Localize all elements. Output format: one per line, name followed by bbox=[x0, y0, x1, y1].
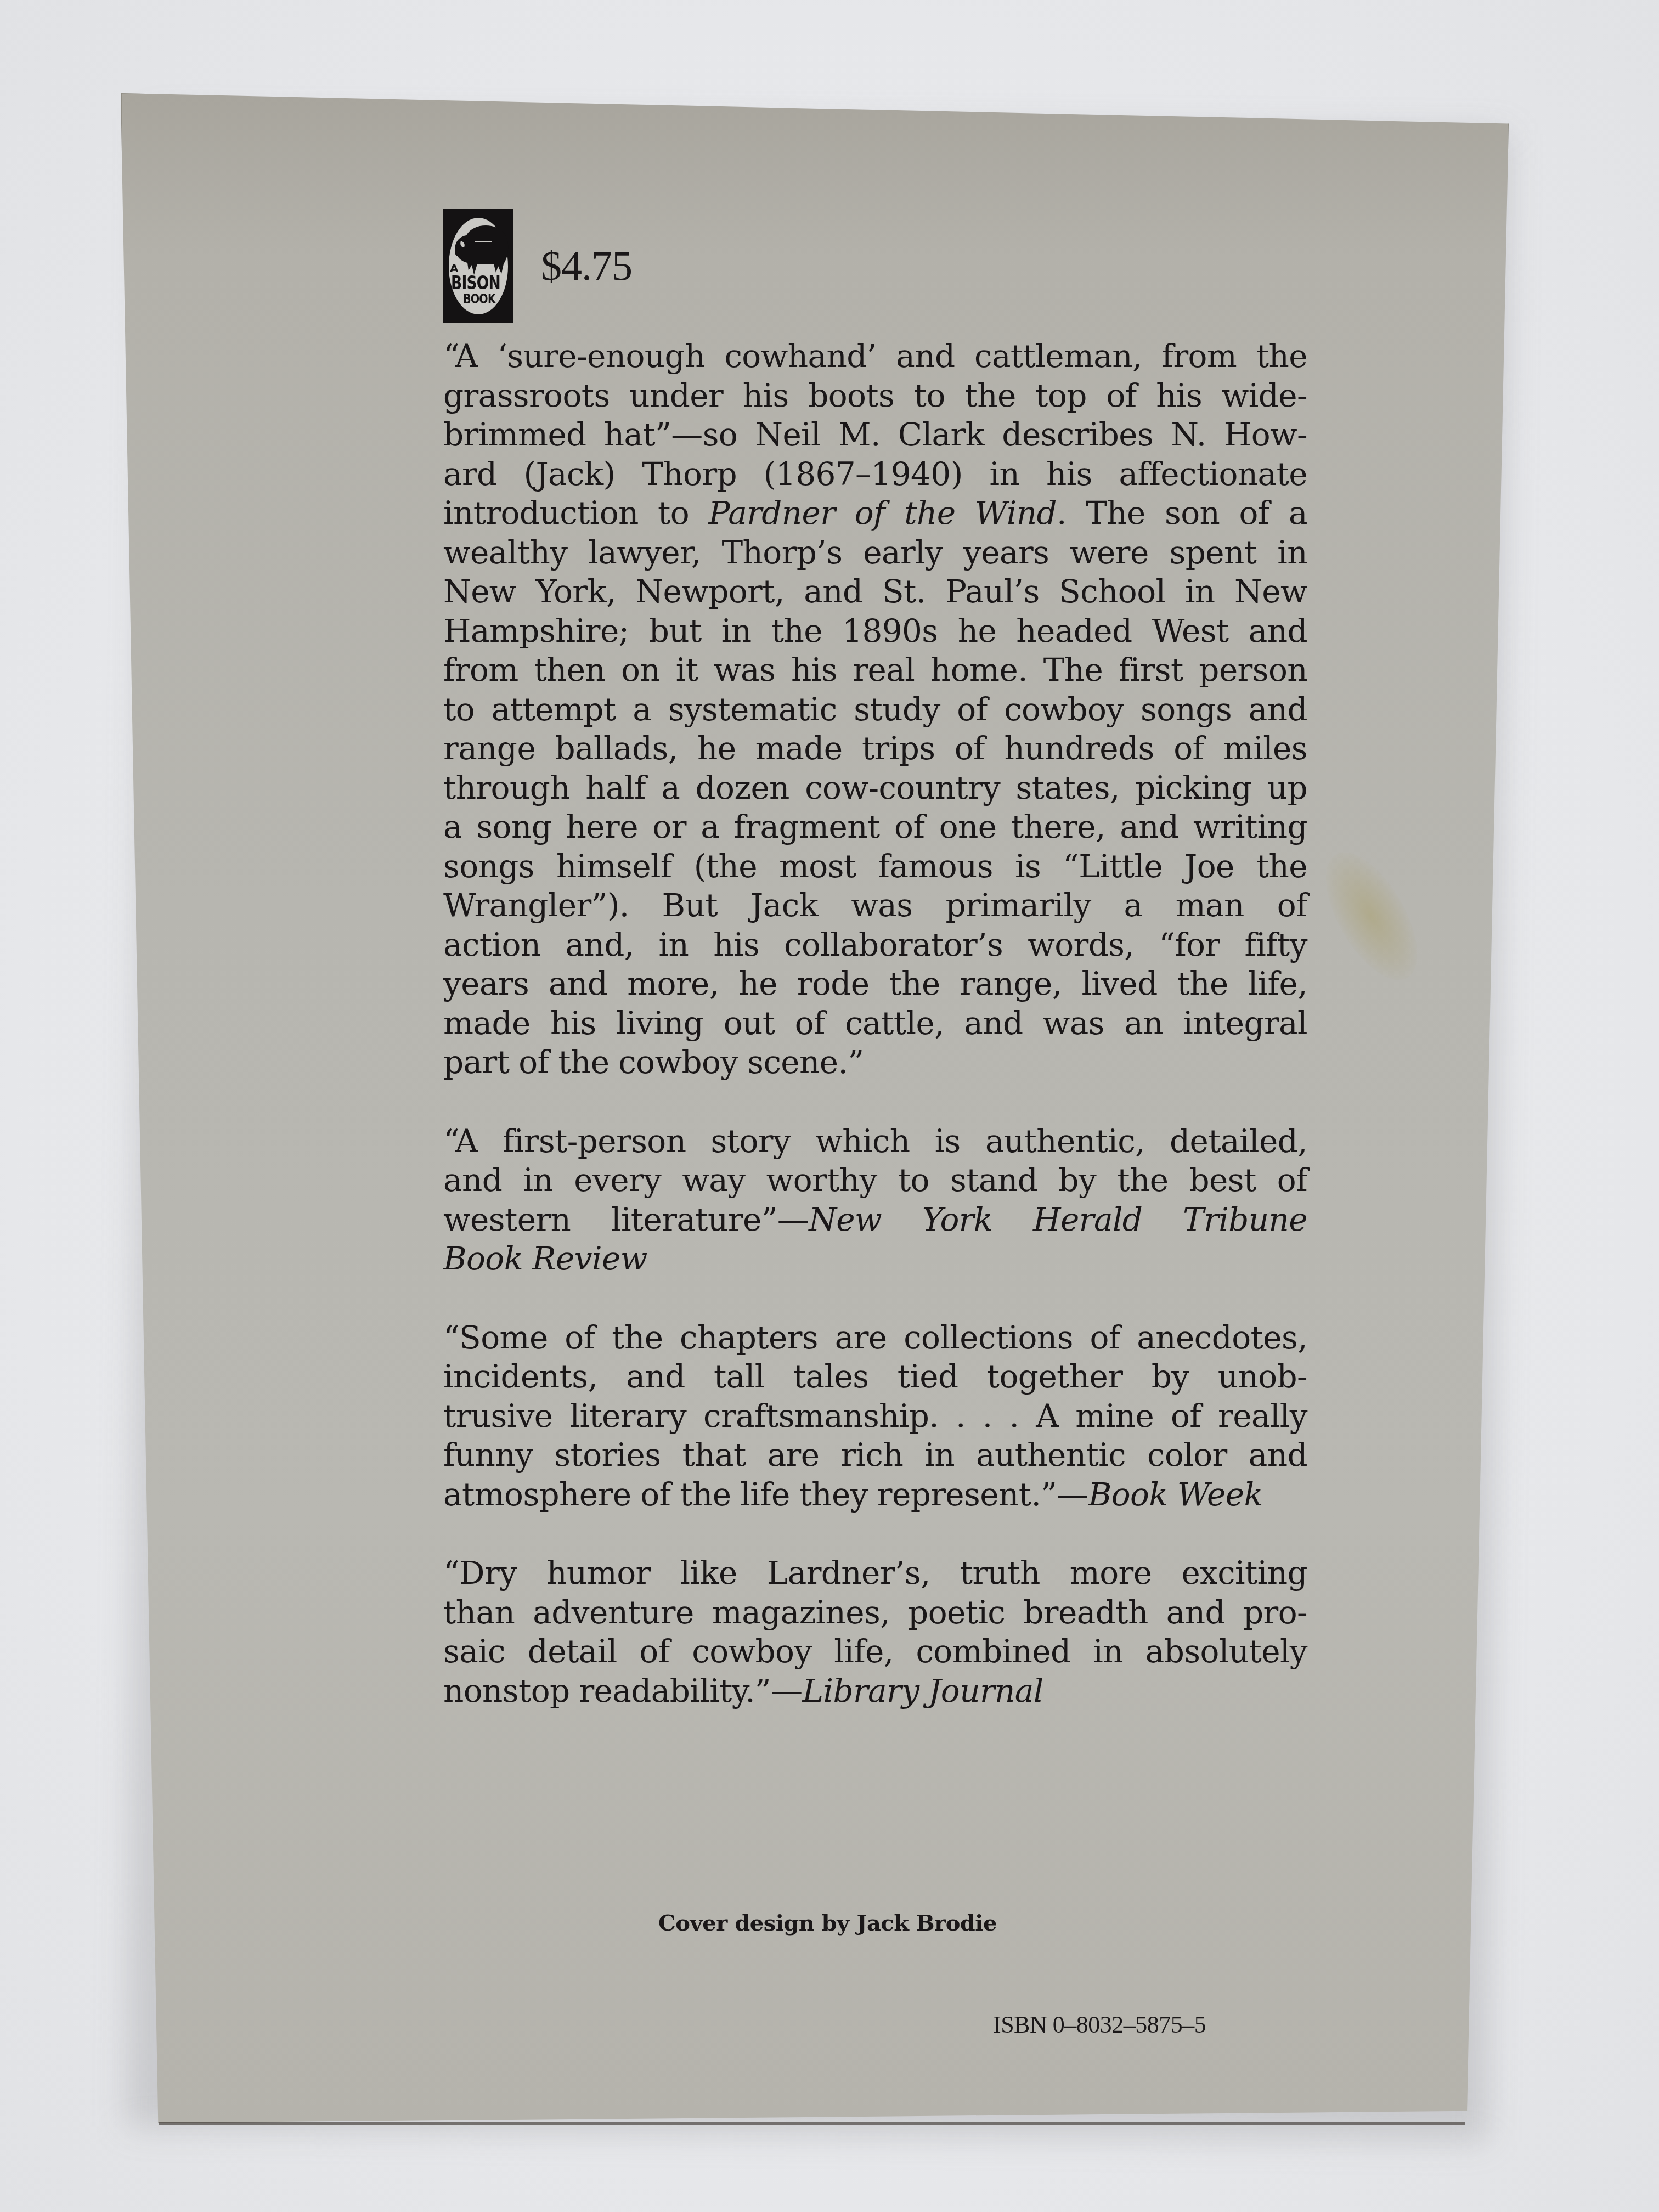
text-line: years and more, he rode the range, lived… bbox=[443, 964, 1307, 1004]
text-line: introduction to Pardner of the Wind. The… bbox=[443, 494, 1307, 533]
logo-text-bison: BISON bbox=[451, 274, 500, 292]
back-cover-content: A BISON BOOK $4.75 “A ‘sure-enough cowha… bbox=[443, 203, 1307, 1711]
text-line: grassroots under his boots to the top of… bbox=[443, 376, 1307, 416]
header-row: A BISON BOOK $4.75 bbox=[443, 203, 1307, 329]
price-label: $4.75 bbox=[541, 242, 632, 290]
book-description: “A ‘sure-enough cowhand’ and cattleman, … bbox=[443, 337, 1307, 1082]
text-line: ard (Jack) Thorp (1867–1940) in his affe… bbox=[443, 455, 1307, 494]
review-quote-1: “A first-person story which is authentic… bbox=[443, 1122, 1307, 1279]
text-line: brimmed hat”—so Neil M. Clark describes … bbox=[443, 415, 1307, 455]
text-line: funny stories that are rich in authentic… bbox=[443, 1436, 1307, 1475]
review-quote-3: “Dry humor like Lardner’s, truth more ex… bbox=[443, 1554, 1307, 1711]
text-line: than adventure magazines, poetic breadth… bbox=[443, 1593, 1307, 1633]
text-line: and in every way worthy to stand by the … bbox=[443, 1161, 1307, 1200]
text-line: “A first-person story which is authentic… bbox=[443, 1122, 1307, 1161]
text-line: trusive literary craftsmanship. . . . A … bbox=[443, 1397, 1307, 1436]
text-line: “Dry humor like Lardner’s, truth more ex… bbox=[443, 1554, 1307, 1593]
text-line: western literature”—New York Herald Trib… bbox=[443, 1200, 1307, 1240]
text-line: range ballads, he made trips of hundreds… bbox=[443, 729, 1307, 769]
text-line: New York, Newport, and St. Paul’s School… bbox=[443, 572, 1307, 612]
review-quote-2: “Some of the chapters are collections of… bbox=[443, 1318, 1307, 1515]
text-line: Hampshire; but in the 1890s he headed We… bbox=[443, 612, 1307, 651]
text-line: songs himself (the most famous is “Littl… bbox=[443, 847, 1307, 887]
text-line: made his living out of cattle, and was a… bbox=[443, 1004, 1307, 1043]
text-line: “A ‘sure-enough cowhand’ and cattleman, … bbox=[443, 337, 1307, 376]
book-bottom-edge bbox=[159, 2122, 1465, 2125]
text-line: action and, in his collaborator’s words,… bbox=[443, 926, 1307, 965]
text-line: Book Review bbox=[443, 1239, 1307, 1279]
text-line: through half a dozen cow-country states,… bbox=[443, 769, 1307, 808]
text-line: “Some of the chapters are collections of… bbox=[443, 1318, 1307, 1358]
text-line: saic detail of cowboy life, combined in … bbox=[443, 1632, 1307, 1672]
cover-design-credit: Cover design by Jack Brodie bbox=[658, 1910, 997, 1936]
text-line: from then on it was his real home. The f… bbox=[443, 651, 1307, 690]
logo-text-book: BOOK bbox=[463, 292, 495, 306]
text-line: incidents, and tall tales tied together … bbox=[443, 1357, 1307, 1397]
text-line: part of the cowboy scene.” bbox=[443, 1043, 1307, 1082]
bison-book-logo: A BISON BOOK bbox=[443, 209, 513, 323]
isbn-number: ISBN 0–8032–5875–5 bbox=[993, 2011, 1206, 2039]
text-line: a song here or a fragment of one there, … bbox=[443, 808, 1307, 847]
text-line: nonstop readability.”—Library Journal bbox=[443, 1672, 1307, 1711]
text-line: to attempt a systematic study of cowboy … bbox=[443, 690, 1307, 730]
text-line: wealthy lawyer, Thorp’s early years were… bbox=[443, 533, 1307, 573]
text-line: atmosphere of the life they represent.”—… bbox=[443, 1475, 1307, 1515]
text-line: Wrangler”). But Jack was primarily a man… bbox=[443, 886, 1307, 926]
